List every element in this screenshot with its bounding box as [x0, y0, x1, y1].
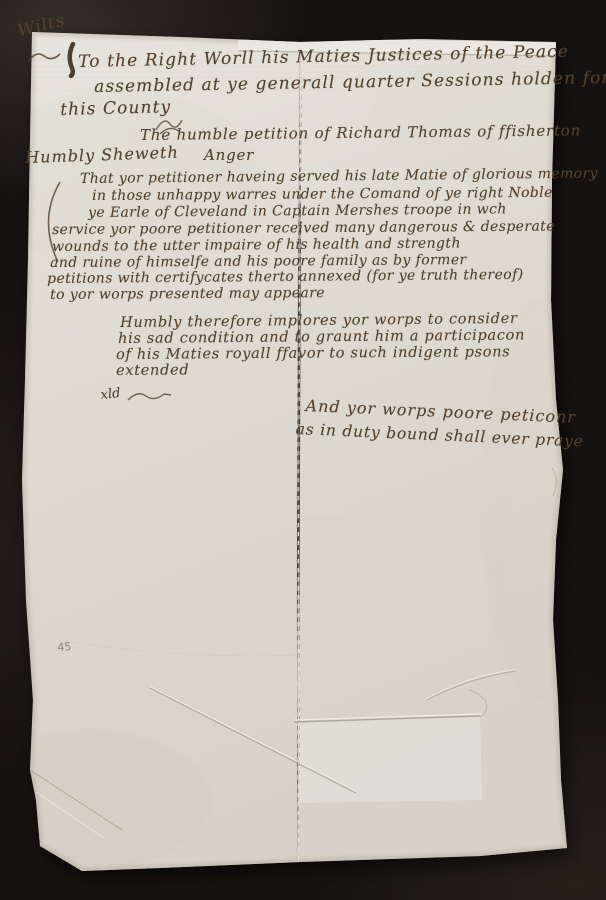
- petition-carryover: Anger: [204, 148, 254, 163]
- body-line-2: in those unhappy warres under the Comand…: [92, 186, 553, 203]
- body-line-8: to yor worps presented may appeare: [50, 286, 325, 302]
- annotation-flourish: [126, 388, 174, 406]
- body-line-7: petitions with certifycates therto annex…: [47, 268, 524, 286]
- photograph-stage: Wilts To the Right Worll his Maties Just…: [0, 0, 606, 900]
- folio-number: 45: [57, 641, 72, 653]
- heading-line-2: assembled at ye generall quarter Session…: [94, 70, 606, 96]
- prayer-line-3: of his Maties royall ffavor to such indi…: [116, 345, 510, 362]
- petition-line: The humble petition of Richard Thomas of…: [140, 123, 581, 143]
- body-line-4: service yor poore petitioner received ma…: [52, 219, 555, 237]
- marginal-annotation: xld: [100, 387, 121, 402]
- heading-line-1: To the Right Worll his Maties Justices o…: [78, 44, 569, 71]
- handwriting-layer: Wilts To the Right Worll his Maties Just…: [0, 0, 606, 900]
- body-line-5: wounds to the utter impaire of his healt…: [52, 236, 461, 254]
- county-mark: Wilts: [16, 12, 67, 40]
- body-line-1: That yor petitioner haveing served his l…: [80, 167, 598, 186]
- body-line-3: ye Earle of Cleveland in Captain Mershes…: [88, 202, 507, 220]
- sheweth-line: Humbly Sheweth: [25, 145, 179, 166]
- prayer-line-4: extended: [116, 363, 189, 378]
- closing-line-2: as in duty bound shall ever praye: [295, 422, 584, 450]
- county-paraph-flourish: [26, 48, 66, 68]
